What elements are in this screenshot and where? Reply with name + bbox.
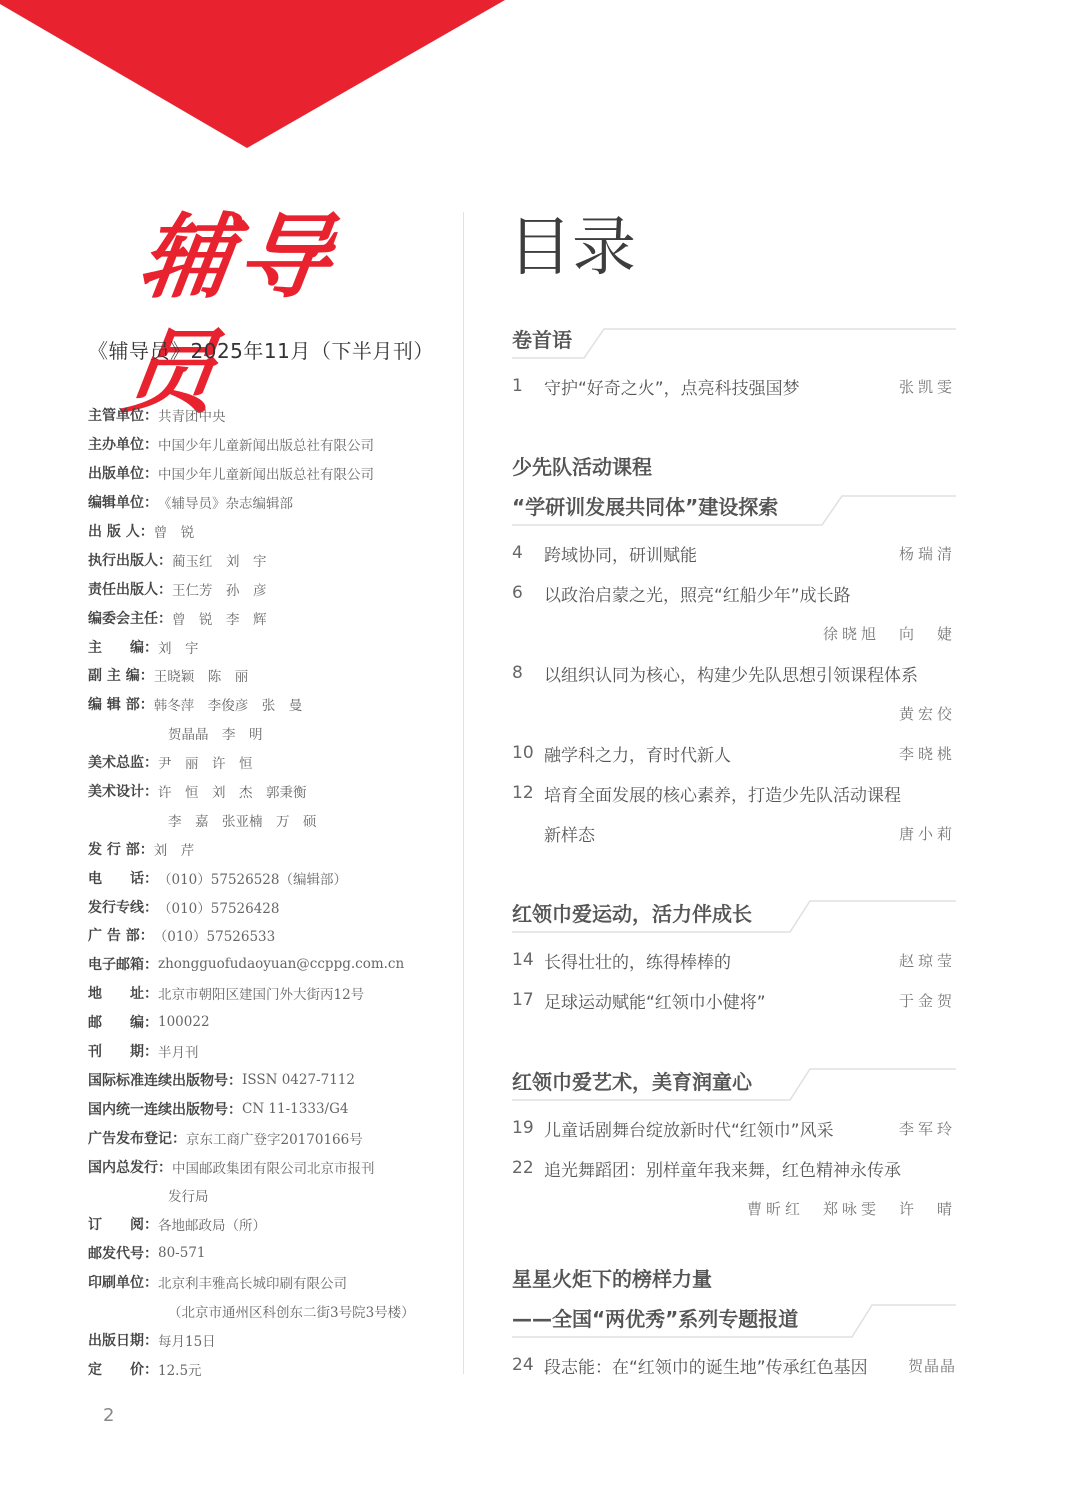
- masthead-label: 定 价：: [88, 1359, 158, 1379]
- masthead-row: 广 告 部：（010）57526533: [88, 921, 448, 950]
- masthead-row: 美术总监：尹 丽 许 恒: [88, 748, 448, 777]
- section-heading-text: 少先队活动课程: [512, 447, 652, 487]
- section-heading-text: 星星火炬下的榜样力量: [512, 1259, 712, 1299]
- toc-entry[interactable]: 8 以组织认同为核心，构建少先队思想引领课程体系: [512, 653, 956, 693]
- page-ref: 1: [512, 376, 544, 396]
- masthead-row: 电子邮箱：zhongguofudaoyuan@ccppg.com.cn: [88, 950, 448, 979]
- toc-section: 卷首语 1 守护“好奇之火”，点亮科技强国梦 张凯雯: [512, 320, 956, 406]
- masthead-value: （北京市通州区科创东二街3号院3号楼）: [88, 1301, 415, 1321]
- masthead-label: 邮发代号：: [88, 1243, 158, 1263]
- masthead-label: 美术设计：: [88, 781, 158, 801]
- masthead-label: 执行出版人：: [88, 550, 172, 570]
- masthead-value: 王晓颖 陈 丽: [154, 665, 249, 685]
- column-divider: [463, 212, 464, 1374]
- section-heading-text: 红领巾爱运动，活力伴成长: [512, 894, 752, 934]
- masthead-value: 李 嘉 张亚楠 万 硕: [88, 810, 317, 830]
- masthead-value: 北京市朝阳区建国门外大街丙12号: [158, 983, 364, 1003]
- article-title: 守护“好奇之火”，点亮科技强国梦: [544, 374, 899, 399]
- article-title: 追光舞蹈团：别样童年我来舞，红色精神永传承: [544, 1156, 956, 1181]
- section-heading: 红领巾爱艺术，美育润童心: [512, 1062, 956, 1102]
- masthead-label: 出 版 人：: [88, 521, 154, 541]
- article-author: 徐晓旭 向 婕: [823, 623, 956, 644]
- masthead-label: 编 辑 部：: [88, 694, 154, 714]
- toc-section: 少先队活动课程 “学研训发展共同体”建设探索 4 跨域协同，研训赋能 杨瑞清 6…: [512, 447, 956, 853]
- article-title: 跨域协同，研训赋能: [544, 541, 899, 566]
- page-ref: 12: [512, 783, 544, 803]
- article-author: 杨瑞清: [899, 543, 956, 564]
- masthead-row: 主办单位：中国少年儿童新闻出版总社有限公司: [88, 430, 448, 459]
- section-subheading-text: “学研训发展共同体”建设探索: [512, 487, 778, 527]
- article-title: 足球运动赋能“红领巾小健将”: [544, 988, 899, 1013]
- masthead-row: 副 主 编：王晓颖 陈 丽: [88, 661, 448, 690]
- masthead-row: 发行专线：（010）57526428: [88, 892, 448, 921]
- masthead-label: 责任出版人：: [88, 579, 172, 599]
- masthead-label: 主办单位：: [88, 434, 158, 454]
- section-heading: 红领巾爱运动，活力伴成长: [512, 894, 956, 934]
- page-number: 2: [103, 1405, 114, 1426]
- masthead-value: 共青团中央: [158, 405, 226, 425]
- masthead-row: 订 阅：各地邮政局（所）: [88, 1210, 448, 1239]
- masthead-value: 半月刊: [158, 1041, 199, 1061]
- toc-entry[interactable]: 19 儿童话剧舞台绽放新时代“红领巾”风采 李军玲: [512, 1108, 956, 1148]
- masthead-value: 贺晶晶 李 明: [88, 723, 263, 743]
- masthead-row: 发行局: [88, 1181, 448, 1210]
- masthead-value: 中国少年儿童新闻出版总社有限公司: [158, 434, 374, 454]
- page-ref: 6: [512, 583, 544, 603]
- masthead-label: 出版日期：: [88, 1330, 158, 1350]
- masthead-value: CN 11-1333/G4: [242, 1101, 348, 1117]
- masthead-value: 蔺玉红 刘 宇: [172, 550, 267, 570]
- magazine-logo: 辅导员: [132, 200, 388, 315]
- masthead-row: 出版单位：中国少年儿童新闻出版总社有限公司: [88, 459, 448, 488]
- page-ref: 19: [512, 1118, 544, 1138]
- article-title: 新样态: [512, 821, 899, 846]
- masthead-label: 国内总发行：: [88, 1157, 172, 1177]
- masthead-label: 编辑单位：: [88, 492, 158, 512]
- article-title: 以政治启蒙之光，照亮“红船少年”成长路: [544, 581, 956, 606]
- section-heading: 星星火炬下的榜样力量 ——全国“两优秀”系列专题报道: [512, 1259, 956, 1339]
- masthead-row: 国内统一连续出版物号：CN 11-1333/G4: [88, 1094, 448, 1123]
- masthead-value: 许 恒 刘 杰 郭秉衡: [158, 781, 307, 801]
- section-subheading-text: ——全国“两优秀”系列专题报道: [512, 1299, 798, 1339]
- article-title: 长得壮壮的，练得棒棒的: [544, 948, 899, 973]
- masthead-value: 中国少年儿童新闻出版总社有限公司: [158, 463, 374, 483]
- page-ref: 24: [512, 1355, 544, 1375]
- section-heading: 少先队活动课程 “学研训发展共同体”建设探索: [512, 447, 956, 527]
- author-line: 曹昕红 郑咏雯 许 晴: [512, 1188, 956, 1228]
- page-ref: 10: [512, 743, 544, 763]
- article-title: 以组织认同为核心，构建少先队思想引领课程体系: [544, 661, 956, 686]
- masthead-label: 国际标准连续出版物号：: [88, 1070, 242, 1090]
- masthead-label: 广告发布登记：: [88, 1128, 186, 1148]
- masthead-row: 主管单位：共青团中央: [88, 401, 448, 430]
- masthead-value: zhongguofudaoyuan@ccppg.com.cn: [158, 956, 404, 972]
- toc-entry[interactable]: 6 以政治启蒙之光，照亮“红船少年”成长路: [512, 573, 956, 613]
- masthead-row: （北京市通州区科创东二街3号院3号楼）: [88, 1297, 448, 1326]
- masthead-row: 地 址：北京市朝阳区建国门外大街丙12号: [88, 979, 448, 1008]
- masthead-row: 发 行 部：刘 芹: [88, 834, 448, 863]
- masthead-row: 执行出版人：蔺玉红 刘 宇: [88, 545, 448, 574]
- toc-section: 红领巾爱运动，活力伴成长 14 长得壮壮的，练得棒棒的 赵琼莹 17 足球运动赋…: [512, 894, 956, 1020]
- masthead-label: 邮 编：: [88, 1012, 158, 1032]
- article-author: 李军玲: [899, 1118, 956, 1139]
- article-title: 段志能：在“红领巾的诞生地”传承红色基因: [544, 1353, 908, 1378]
- article-author: 贺晶晶: [908, 1355, 956, 1376]
- masthead-label: 发行专线：: [88, 897, 158, 917]
- masthead-value: （010）57526533: [154, 925, 275, 945]
- toc-entry[interactable]: 24 段志能：在“红领巾的诞生地”传承红色基因 贺晶晶: [512, 1345, 956, 1385]
- section-heading-text: 红领巾爱艺术，美育润童心: [512, 1062, 752, 1102]
- masthead-value: （010）57526528（编辑部）: [158, 868, 347, 888]
- masthead-label: 刊 期：: [88, 1041, 158, 1061]
- masthead-row: 电 话：（010）57526528（编辑部）: [88, 863, 448, 892]
- issue-line: 《辅导员》2025年11月（下半月刊）: [88, 335, 434, 364]
- masthead-value: 100022: [158, 1014, 210, 1030]
- page-ref: 14: [512, 950, 544, 970]
- masthead-row: 美术设计：许 恒 刘 杰 郭秉衡: [88, 777, 448, 806]
- masthead-row: 邮 编：100022: [88, 1008, 448, 1037]
- page-ref: 4: [512, 543, 544, 563]
- masthead-value: （010）57526428: [158, 897, 279, 917]
- masthead-label: 主管单位：: [88, 405, 158, 425]
- page-ref: 22: [512, 1158, 544, 1178]
- masthead-row: 出版日期：每月15日: [88, 1326, 448, 1355]
- article-title: 培育全面发展的核心素养，打造少先队活动课程: [544, 781, 956, 806]
- masthead-label: 副 主 编：: [88, 665, 154, 685]
- masthead-label: 美术总监：: [88, 752, 158, 772]
- masthead-row: 编辑单位：《辅导员》杂志编辑部: [88, 488, 448, 517]
- article-author: 黄宏佼: [899, 703, 956, 724]
- toc-title: 目录: [508, 208, 636, 288]
- masthead-label: 发 行 部：: [88, 839, 154, 859]
- masthead-value: 《辅导员》杂志编辑部: [158, 492, 293, 512]
- section-heading-text: 卷首语: [512, 320, 572, 360]
- masthead-row: 编委会主任：曾 锐 李 辉: [88, 603, 448, 632]
- masthead-row: 责任出版人：王仁芳 孙 彦: [88, 574, 448, 603]
- page-ref: 8: [512, 663, 544, 683]
- author-line: 徐晓旭 向 婕: [512, 613, 956, 653]
- masthead-row: 贺晶晶 李 明: [88, 719, 448, 748]
- masthead-value: 刘 宇: [158, 637, 199, 657]
- masthead-row: 广告发布登记：京东工商广登字20170166号: [88, 1123, 448, 1152]
- masthead-label: 编委会主任：: [88, 608, 172, 628]
- masthead-label: 广 告 部：: [88, 925, 154, 945]
- masthead-value: 王仁芳 孙 彦: [172, 579, 267, 599]
- masthead-label: 订 阅：: [88, 1214, 158, 1234]
- section-rule: [512, 320, 956, 360]
- masthead-value: 发行局: [88, 1185, 209, 1205]
- masthead-value: ISSN 0427-7112: [242, 1072, 355, 1088]
- masthead-value: 尹 丽 许 恒: [158, 752, 253, 772]
- masthead: 主管单位：共青团中央主办单位：中国少年儿童新闻出版总社有限公司出版单位：中国少年…: [88, 401, 448, 1383]
- masthead-value: 韩冬萍 李俊彦 张 曼: [154, 694, 303, 714]
- masthead-row: 李 嘉 张亚楠 万 硕: [88, 805, 448, 834]
- section-heading: 卷首语: [512, 320, 956, 360]
- masthead-row: 刊 期：半月刊: [88, 1037, 448, 1066]
- masthead-label: 国内统一连续出版物号：: [88, 1099, 242, 1119]
- masthead-value: 曾 锐: [154, 521, 195, 541]
- page-ref: 17: [512, 990, 544, 1010]
- masthead-row: 国内总发行：中国邮政集团有限公司北京市报刊: [88, 1152, 448, 1181]
- article-author: 赵琼莹: [899, 950, 956, 971]
- article-author: 张凯雯: [899, 376, 956, 397]
- masthead-row: 国际标准连续出版物号：ISSN 0427-7112: [88, 1065, 448, 1094]
- masthead-label: 主 编：: [88, 637, 158, 657]
- article-author: 李晓桃: [899, 743, 956, 764]
- imprint-column: 辅导员 《辅导员》2025年11月（下半月刊） 主管单位：共青团中央主办单位：中…: [0, 0, 463, 1504]
- masthead-label: 地 址：: [88, 983, 158, 1003]
- toc-entry-continued[interactable]: 新样态 唐小莉: [512, 813, 956, 853]
- masthead-value: 各地邮政局（所）: [158, 1214, 266, 1234]
- masthead-label: 印刷单位：: [88, 1272, 158, 1292]
- masthead-value: 80-571: [158, 1245, 206, 1261]
- article-author: 于金贺: [899, 990, 956, 1011]
- masthead-row: 出 版 人：曾 锐: [88, 517, 448, 546]
- article-author: 唐小莉: [899, 823, 956, 844]
- masthead-value: 曾 锐 李 辉: [172, 608, 267, 628]
- masthead-value: 每月15日: [158, 1330, 216, 1350]
- masthead-row: 主 编：刘 宇: [88, 632, 448, 661]
- masthead-value: 北京利丰雅高长城印刷有限公司: [158, 1272, 347, 1292]
- masthead-label: 电 话：: [88, 868, 158, 888]
- toc-entry[interactable]: 14 长得壮壮的，练得棒棒的 赵琼莹: [512, 940, 956, 980]
- article-title: 儿童话剧舞台绽放新时代“红领巾”风采: [544, 1116, 899, 1141]
- masthead-value: 京东工商广登字20170166号: [186, 1128, 363, 1148]
- masthead-value: 中国邮政集团有限公司北京市报刊: [172, 1157, 375, 1177]
- masthead-value: 刘 芹: [154, 839, 195, 859]
- article-author: 曹昕红 郑咏雯 许 晴: [747, 1198, 956, 1219]
- masthead-label: 出版单位：: [88, 463, 158, 483]
- toc-section: 星星火炬下的榜样力量 ——全国“两优秀”系列专题报道 24 段志能：在“红领巾的…: [512, 1259, 956, 1385]
- table-of-contents: 目录 卷首语 1 守护“好奇之火”，点亮科技强国梦 张凯雯 少先队活动课程 “学…: [512, 0, 956, 1504]
- toc-entry[interactable]: 10 融学科之力，育时代新人 李晓桃: [512, 733, 956, 773]
- article-title: 融学科之力，育时代新人: [544, 741, 899, 766]
- masthead-row: 编 辑 部：韩冬萍 李俊彦 张 曼: [88, 690, 448, 719]
- masthead-value: 12.5元: [158, 1359, 202, 1379]
- toc-entry[interactable]: 22 追光舞蹈团：别样童年我来舞，红色精神永传承: [512, 1148, 956, 1188]
- toc-section: 红领巾爱艺术，美育润童心 19 儿童话剧舞台绽放新时代“红领巾”风采 李军玲 2…: [512, 1062, 956, 1228]
- toc-entry[interactable]: 17 足球运动赋能“红领巾小健将” 于金贺: [512, 980, 956, 1020]
- toc-entry[interactable]: 4 跨域协同，研训赋能 杨瑞清: [512, 533, 956, 573]
- masthead-label: 电子邮箱：: [88, 954, 158, 974]
- author-line: 黄宏佼: [512, 693, 956, 733]
- toc-entry[interactable]: 1 守护“好奇之火”，点亮科技强国梦 张凯雯: [512, 366, 956, 406]
- toc-entry[interactable]: 12 培育全面发展的核心素养，打造少先队活动课程: [512, 773, 956, 813]
- masthead-row: 印刷单位：北京利丰雅高长城印刷有限公司: [88, 1268, 448, 1297]
- masthead-row: 定 价：12.5元: [88, 1354, 448, 1383]
- masthead-row: 邮发代号：80-571: [88, 1239, 448, 1268]
